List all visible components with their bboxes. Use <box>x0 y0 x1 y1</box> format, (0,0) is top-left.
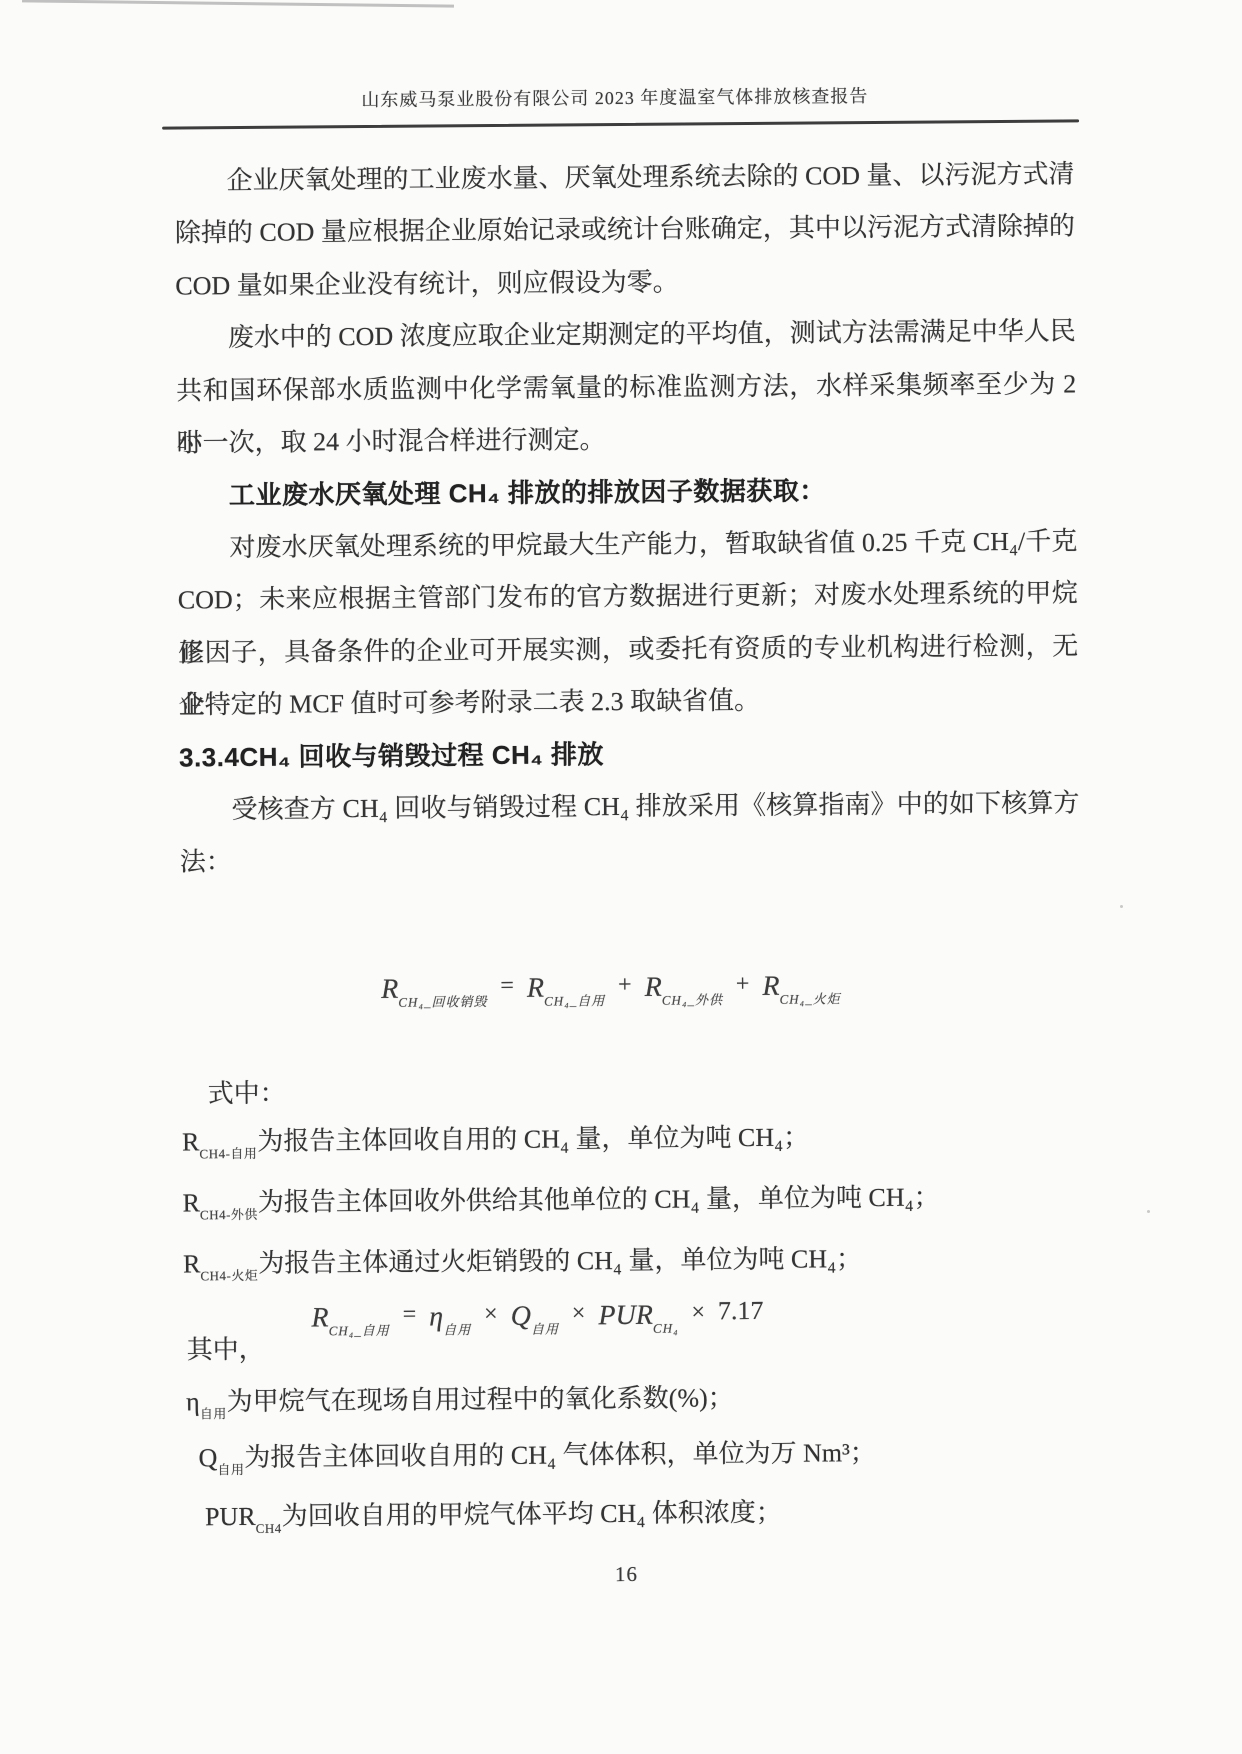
formula-term: RCH₄_自用 <box>527 983 605 1001</box>
formula-term: Q自用 <box>511 1312 559 1329</box>
body-line: 对废水厌氧处理系统的甲烷最大生产能力，暂取缺省值 0.25 千克 CH₄/千克 <box>177 515 1077 574</box>
body-line: 时一次，取 24 小时混合样进行测定。 <box>176 410 1076 469</box>
times-operator: × <box>691 1299 705 1325</box>
body-line: 废水中的 COD 浓度应取企业定期测定的平均值，测试方法需满足中华人民 <box>176 306 1076 365</box>
subheading-emission-factor: 工业废水厌氧处理 CH₄ 排放的排放因子数据获取： <box>177 463 1077 522</box>
definition-r-self-use: RCH4-自用为报告主体回收自用的 CH₄ 量，单位为吨 CH₄； <box>182 1117 809 1159</box>
formula-ch4-self-use-block: 其中， RCH₄_自用 = η自用 × Q自用 × PURCH₄ × 7.17 <box>183 1292 1084 1379</box>
definition-r-external-supply: RCH4-外供为报告主体回收外供给其他单位的 CH₄ 量，单位为吨 CH₄； <box>182 1177 939 1220</box>
formula-term: RCH₄_火炬 <box>762 981 840 999</box>
formula-term: RCH₄_回收销毁 <box>381 984 487 1002</box>
page-number: 16 <box>5 1557 1242 1592</box>
where-label: 式中： <box>182 1073 286 1111</box>
formula-constant: 7.17 <box>718 1296 764 1325</box>
body-line: 除掉的 COD 量应根据企业原始记录或统计台账确定，其中以污泥方式清除掉的 <box>175 201 1075 260</box>
document-page: 山东威马泵业股份有限公司 2023 年度温室气体排放核查报告 企业厌氧处理的工业… <box>0 0 1242 1754</box>
body-line: 法： <box>180 829 1080 888</box>
formula-term: RCH₄_自用 <box>311 1313 389 1331</box>
body-text: 企业厌氧处理的工业废水量、厌氧处理系统去除的 COD 量、以污泥方式清 除掉的 … <box>174 148 1080 889</box>
definition-eta-self-use: η自用为甲烷气在现场自用过程中的氧化系数(%)； <box>184 1377 734 1418</box>
definition-pur-ch4: PURCH4为回收自用的甲烷气体平均 CH₄ 体积浓度； <box>185 1492 782 1534</box>
definition-r-flare: RCH4-火炬为报告主体通过火炬销毁的 CH₄ 量，单位为吨 CH₄； <box>183 1238 862 1280</box>
header-rule <box>162 119 1079 129</box>
equals-operator: = <box>403 1302 417 1328</box>
times-operator: × <box>572 1300 586 1326</box>
formula-ch4-recovery-total: RCH₄_回收销毁 = RCH₄_自用 + RCH₄_外供 + RCH₄_火炬 <box>181 969 1041 1008</box>
definition-q-self-use: Q自用为报告主体回收自用的 CH₄ 气体体积，单位为万 Nm³； <box>184 1432 876 1474</box>
equals-operator: = <box>500 973 514 999</box>
section-heading-334: 3.3.4CH₄ 回收与销毁过程 CH₄ 排放 <box>179 725 1079 784</box>
plus-operator: + <box>618 972 632 998</box>
body-line: COD；未来应根据主管部门发布的官方数据进行更新；对废水处理系统的甲烷修 <box>178 568 1078 627</box>
body-line: 业特定的 MCF 值时可参考附录二表 2.3 取缺省值。 <box>178 672 1078 731</box>
formula-term: η自用 <box>429 1312 471 1329</box>
among-which-label: 其中， <box>187 1329 265 1367</box>
formula-term: PURCH₄ <box>598 1311 678 1329</box>
body-line: COD 量如果企业没有统计，则应假设为零。 <box>175 253 1075 312</box>
page-header: 山东威马泵业股份有限公司 2023 年度温室气体排放核查报告 <box>0 79 1236 115</box>
times-operator: × <box>484 1301 498 1327</box>
body-line: 受核查方 CH₄ 回收与销毁过程 CH₄ 排放采用《核算指南》中的如下核算方 <box>179 777 1079 836</box>
body-line: 正因子，具备条件的企业可开展实测，或委托有资质的专业机构进行检测，无企 <box>178 620 1078 679</box>
body-line: 企业厌氧处理的工业废水量、厌氧处理系统去除的 COD 量、以污泥方式清 <box>174 148 1074 207</box>
body-line: 共和国环保部水质监测中化学需氧量的标准监测方法，水样采集频率至少为 2 小 <box>176 358 1076 417</box>
formula-ch4-self-use: RCH₄_自用 = η自用 × Q自用 × PURCH₄ × 7.17 <box>311 1299 763 1335</box>
plus-operator: + <box>736 971 750 997</box>
formula-term: RCH₄_外供 <box>645 982 723 1000</box>
header-title: 山东威马泵业股份有限公司 2023 年度温室气体排放核查报告 <box>361 86 868 110</box>
